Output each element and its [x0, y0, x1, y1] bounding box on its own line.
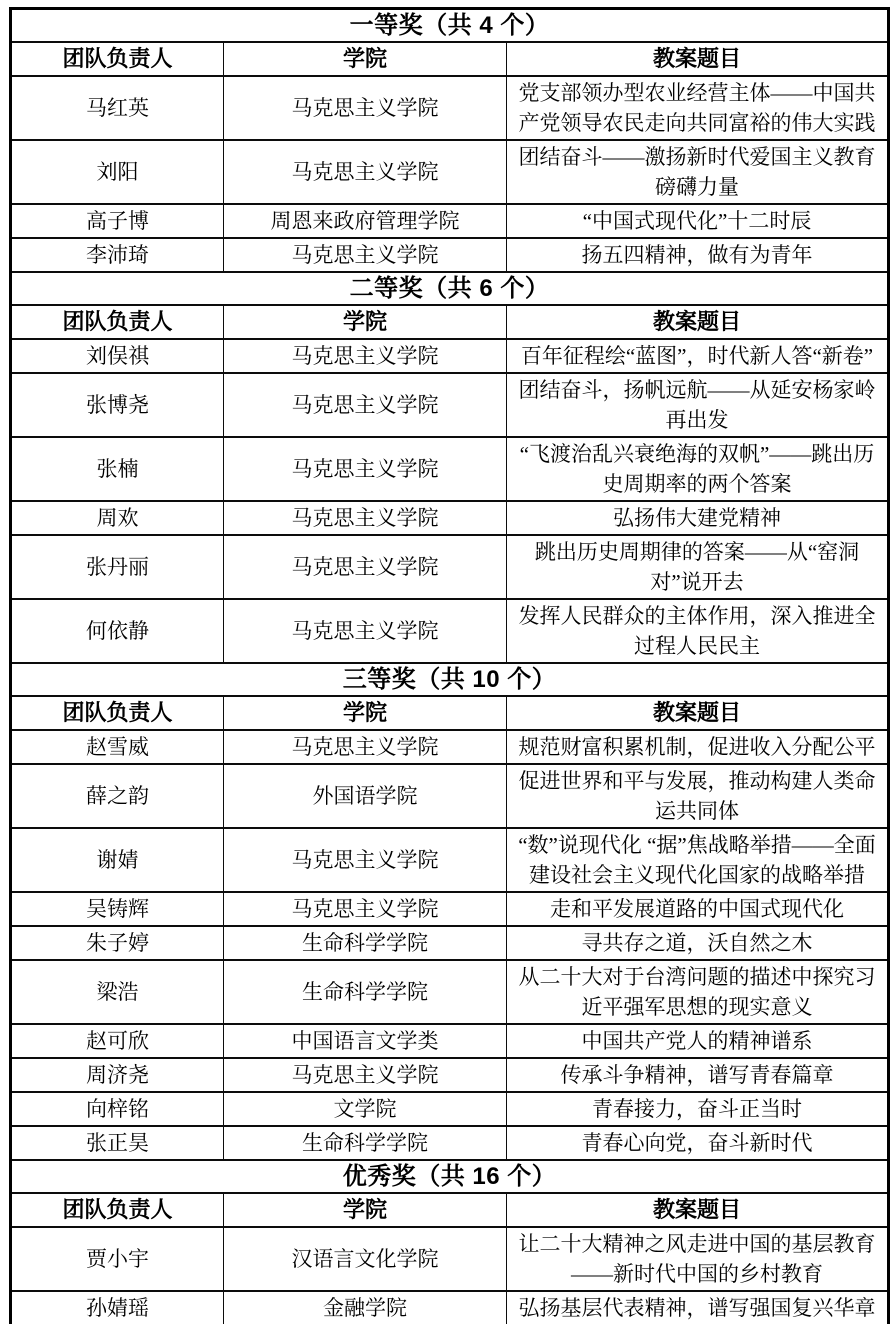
topic-cell: 寻共存之道，沃自然之木	[507, 926, 889, 960]
college-cell: 马克思主义学院	[224, 437, 507, 501]
column-header-leader: 团队负责人	[11, 305, 224, 339]
leader-cell: 何依静	[11, 599, 224, 663]
college-cell: 马克思主义学院	[224, 373, 507, 437]
college-cell: 文学院	[224, 1092, 507, 1126]
leader-cell: 张博尧	[11, 373, 224, 437]
column-header-row: 团队负责人学院教案题目	[11, 42, 889, 76]
leader-cell: 张楠	[11, 437, 224, 501]
table-row: 向梓铭文学院青春接力，奋斗正当时	[11, 1092, 889, 1126]
college-cell: 马克思主义学院	[224, 1058, 507, 1092]
topic-cell: 传承斗争精神，谱写青春篇章	[507, 1058, 889, 1092]
college-cell: 金融学院	[224, 1291, 507, 1324]
college-cell: 马克思主义学院	[224, 599, 507, 663]
column-header-college: 学院	[224, 1193, 507, 1227]
column-header-topic: 教案题目	[507, 696, 889, 730]
college-cell: 生命科学学院	[224, 926, 507, 960]
table-row: 张正昊生命科学学院青春心向党，奋斗新时代	[11, 1126, 889, 1160]
topic-cell: 弘扬伟大建党精神	[507, 501, 889, 535]
topic-cell: 青春心向党，奋斗新时代	[507, 1126, 889, 1160]
table-row: 高子博周恩来政府管理学院“中国式现代化”十二时辰	[11, 204, 889, 238]
topic-cell: 百年征程绘“蓝图”，时代新人答“新卷”	[507, 339, 889, 373]
leader-cell: 贾小宇	[11, 1227, 224, 1291]
topic-cell: 跳出历史周期律的答案——从“窑洞对”说开去	[507, 535, 889, 599]
column-header-topic: 教案题目	[507, 305, 889, 339]
topic-cell: 团结奋斗，扬帆远航——从延安杨家岭再出发	[507, 373, 889, 437]
leader-cell: 薛之韵	[11, 764, 224, 828]
leader-cell: 朱子婷	[11, 926, 224, 960]
table-row: 刘俣祺马克思主义学院百年征程绘“蓝图”，时代新人答“新卷”	[11, 339, 889, 373]
table-row: 贾小宇汉语言文化学院让二十大精神之风走进中国的基层教育——新时代中国的乡村教育	[11, 1227, 889, 1291]
leader-cell: 孙婧瑶	[11, 1291, 224, 1324]
document-page: 一等奖（共 4 个）团队负责人学院教案题目马红英马克思主义学院党支部领办型农业经…	[0, 0, 896, 1324]
topic-cell: 走和平发展道路的中国式现代化	[507, 892, 889, 926]
topic-cell: 让二十大精神之风走进中国的基层教育——新时代中国的乡村教育	[507, 1227, 889, 1291]
college-cell: 中国语言文学类	[224, 1024, 507, 1058]
leader-cell: 刘阳	[11, 140, 224, 204]
section-title: 优秀奖（共 16 个）	[11, 1160, 889, 1193]
table-row: 张丹丽马克思主义学院跳出历史周期律的答案——从“窑洞对”说开去	[11, 535, 889, 599]
table-row: 周济尧马克思主义学院传承斗争精神，谱写青春篇章	[11, 1058, 889, 1092]
college-cell: 外国语学院	[224, 764, 507, 828]
table-row: 朱子婷生命科学学院寻共存之道，沃自然之木	[11, 926, 889, 960]
section-row: 三等奖（共 10 个）	[11, 663, 889, 696]
topic-cell: 弘扬基层代表精神，谱写强国复兴华章	[507, 1291, 889, 1324]
section-title: 一等奖（共 4 个）	[11, 9, 889, 43]
topic-cell: “中国式现代化”十二时辰	[507, 204, 889, 238]
table-row: 谢婧马克思主义学院“数”说现代化 “据”焦战略举措——全面建设社会主义现代化国家…	[11, 828, 889, 892]
section-row: 二等奖（共 6 个）	[11, 272, 889, 305]
topic-cell: “数”说现代化 “据”焦战略举措——全面建设社会主义现代化国家的战略举措	[507, 828, 889, 892]
topic-cell: 促进世界和平与发展，推动构建人类命运共同体	[507, 764, 889, 828]
table-row: 何依静马克思主义学院发挥人民群众的主体作用，深入推进全过程人民民主	[11, 599, 889, 663]
topic-cell: 从二十大对于台湾问题的描述中探究习近平强军思想的现实意义	[507, 960, 889, 1024]
table-row: 马红英马克思主义学院党支部领办型农业经营主体——中国共产党领导农民走向共同富裕的…	[11, 76, 889, 140]
college-cell: 马克思主义学院	[224, 535, 507, 599]
table-row: 周欢马克思主义学院弘扬伟大建党精神	[11, 501, 889, 535]
table-row: 梁浩生命科学学院从二十大对于台湾问题的描述中探究习近平强军思想的现实意义	[11, 960, 889, 1024]
topic-cell: 中国共产党人的精神谱系	[507, 1024, 889, 1058]
topic-cell: 扬五四精神，做有为青年	[507, 238, 889, 272]
column-header-topic: 教案题目	[507, 42, 889, 76]
college-cell: 生命科学学院	[224, 960, 507, 1024]
column-header-row: 团队负责人学院教案题目	[11, 1193, 889, 1227]
leader-cell: 周济尧	[11, 1058, 224, 1092]
column-header-row: 团队负责人学院教案题目	[11, 305, 889, 339]
column-header-college: 学院	[224, 305, 507, 339]
topic-cell: 青春接力，奋斗正当时	[507, 1092, 889, 1126]
leader-cell: 赵雪威	[11, 730, 224, 764]
table-row: 刘阳马克思主义学院团结奋斗——激扬新时代爱国主义教育磅礴力量	[11, 140, 889, 204]
leader-cell: 刘俣祺	[11, 339, 224, 373]
column-header-topic: 教案题目	[507, 1193, 889, 1227]
topic-cell: 规范财富积累机制，促进收入分配公平	[507, 730, 889, 764]
table-row: 李沛琦马克思主义学院扬五四精神，做有为青年	[11, 238, 889, 272]
topic-cell: “飞渡治乱兴衰绝海的双帆”——跳出历史周期率的两个答案	[507, 437, 889, 501]
college-cell: 周恩来政府管理学院	[224, 204, 507, 238]
college-cell: 马克思主义学院	[224, 339, 507, 373]
table-row: 张楠马克思主义学院“飞渡治乱兴衰绝海的双帆”——跳出历史周期率的两个答案	[11, 437, 889, 501]
section-title: 二等奖（共 6 个）	[11, 272, 889, 305]
table-row: 赵雪威马克思主义学院规范财富积累机制，促进收入分配公平	[11, 730, 889, 764]
leader-cell: 吴铸辉	[11, 892, 224, 926]
college-cell: 马克思主义学院	[224, 730, 507, 764]
leader-cell: 李沛琦	[11, 238, 224, 272]
leader-cell: 赵可欣	[11, 1024, 224, 1058]
topic-cell: 党支部领办型农业经营主体——中国共产党领导农民走向共同富裕的伟大实践	[507, 76, 889, 140]
section-row: 优秀奖（共 16 个）	[11, 1160, 889, 1193]
college-cell: 马克思主义学院	[224, 76, 507, 140]
topic-cell: 团结奋斗——激扬新时代爱国主义教育磅礴力量	[507, 140, 889, 204]
leader-cell: 高子博	[11, 204, 224, 238]
college-cell: 马克思主义学院	[224, 140, 507, 204]
column-header-college: 学院	[224, 696, 507, 730]
leader-cell: 马红英	[11, 76, 224, 140]
leader-cell: 向梓铭	[11, 1092, 224, 1126]
leader-cell: 谢婧	[11, 828, 224, 892]
table-row: 张博尧马克思主义学院团结奋斗，扬帆远航——从延安杨家岭再出发	[11, 373, 889, 437]
column-header-leader: 团队负责人	[11, 1193, 224, 1227]
column-header-leader: 团队负责人	[11, 696, 224, 730]
table-row: 薛之韵外国语学院促进世界和平与发展，推动构建人类命运共同体	[11, 764, 889, 828]
table-row: 吴铸辉马克思主义学院走和平发展道路的中国式现代化	[11, 892, 889, 926]
table-row: 赵可欣中国语言文学类中国共产党人的精神谱系	[11, 1024, 889, 1058]
college-cell: 汉语言文化学院	[224, 1227, 507, 1291]
leader-cell: 周欢	[11, 501, 224, 535]
column-header-college: 学院	[224, 42, 507, 76]
section-title: 三等奖（共 10 个）	[11, 663, 889, 696]
college-cell: 生命科学学院	[224, 1126, 507, 1160]
leader-cell: 张正昊	[11, 1126, 224, 1160]
leader-cell: 张丹丽	[11, 535, 224, 599]
college-cell: 马克思主义学院	[224, 892, 507, 926]
college-cell: 马克思主义学院	[224, 501, 507, 535]
column-header-leader: 团队负责人	[11, 42, 224, 76]
section-row: 一等奖（共 4 个）	[11, 9, 889, 43]
column-header-row: 团队负责人学院教案题目	[11, 696, 889, 730]
college-cell: 马克思主义学院	[224, 828, 507, 892]
table-row: 孙婧瑶金融学院弘扬基层代表精神，谱写强国复兴华章	[11, 1291, 889, 1324]
leader-cell: 梁浩	[11, 960, 224, 1024]
college-cell: 马克思主义学院	[224, 238, 507, 272]
topic-cell: 发挥人民群众的主体作用，深入推进全过程人民民主	[507, 599, 889, 663]
awards-table: 一等奖（共 4 个）团队负责人学院教案题目马红英马克思主义学院党支部领办型农业经…	[9, 7, 890, 1324]
